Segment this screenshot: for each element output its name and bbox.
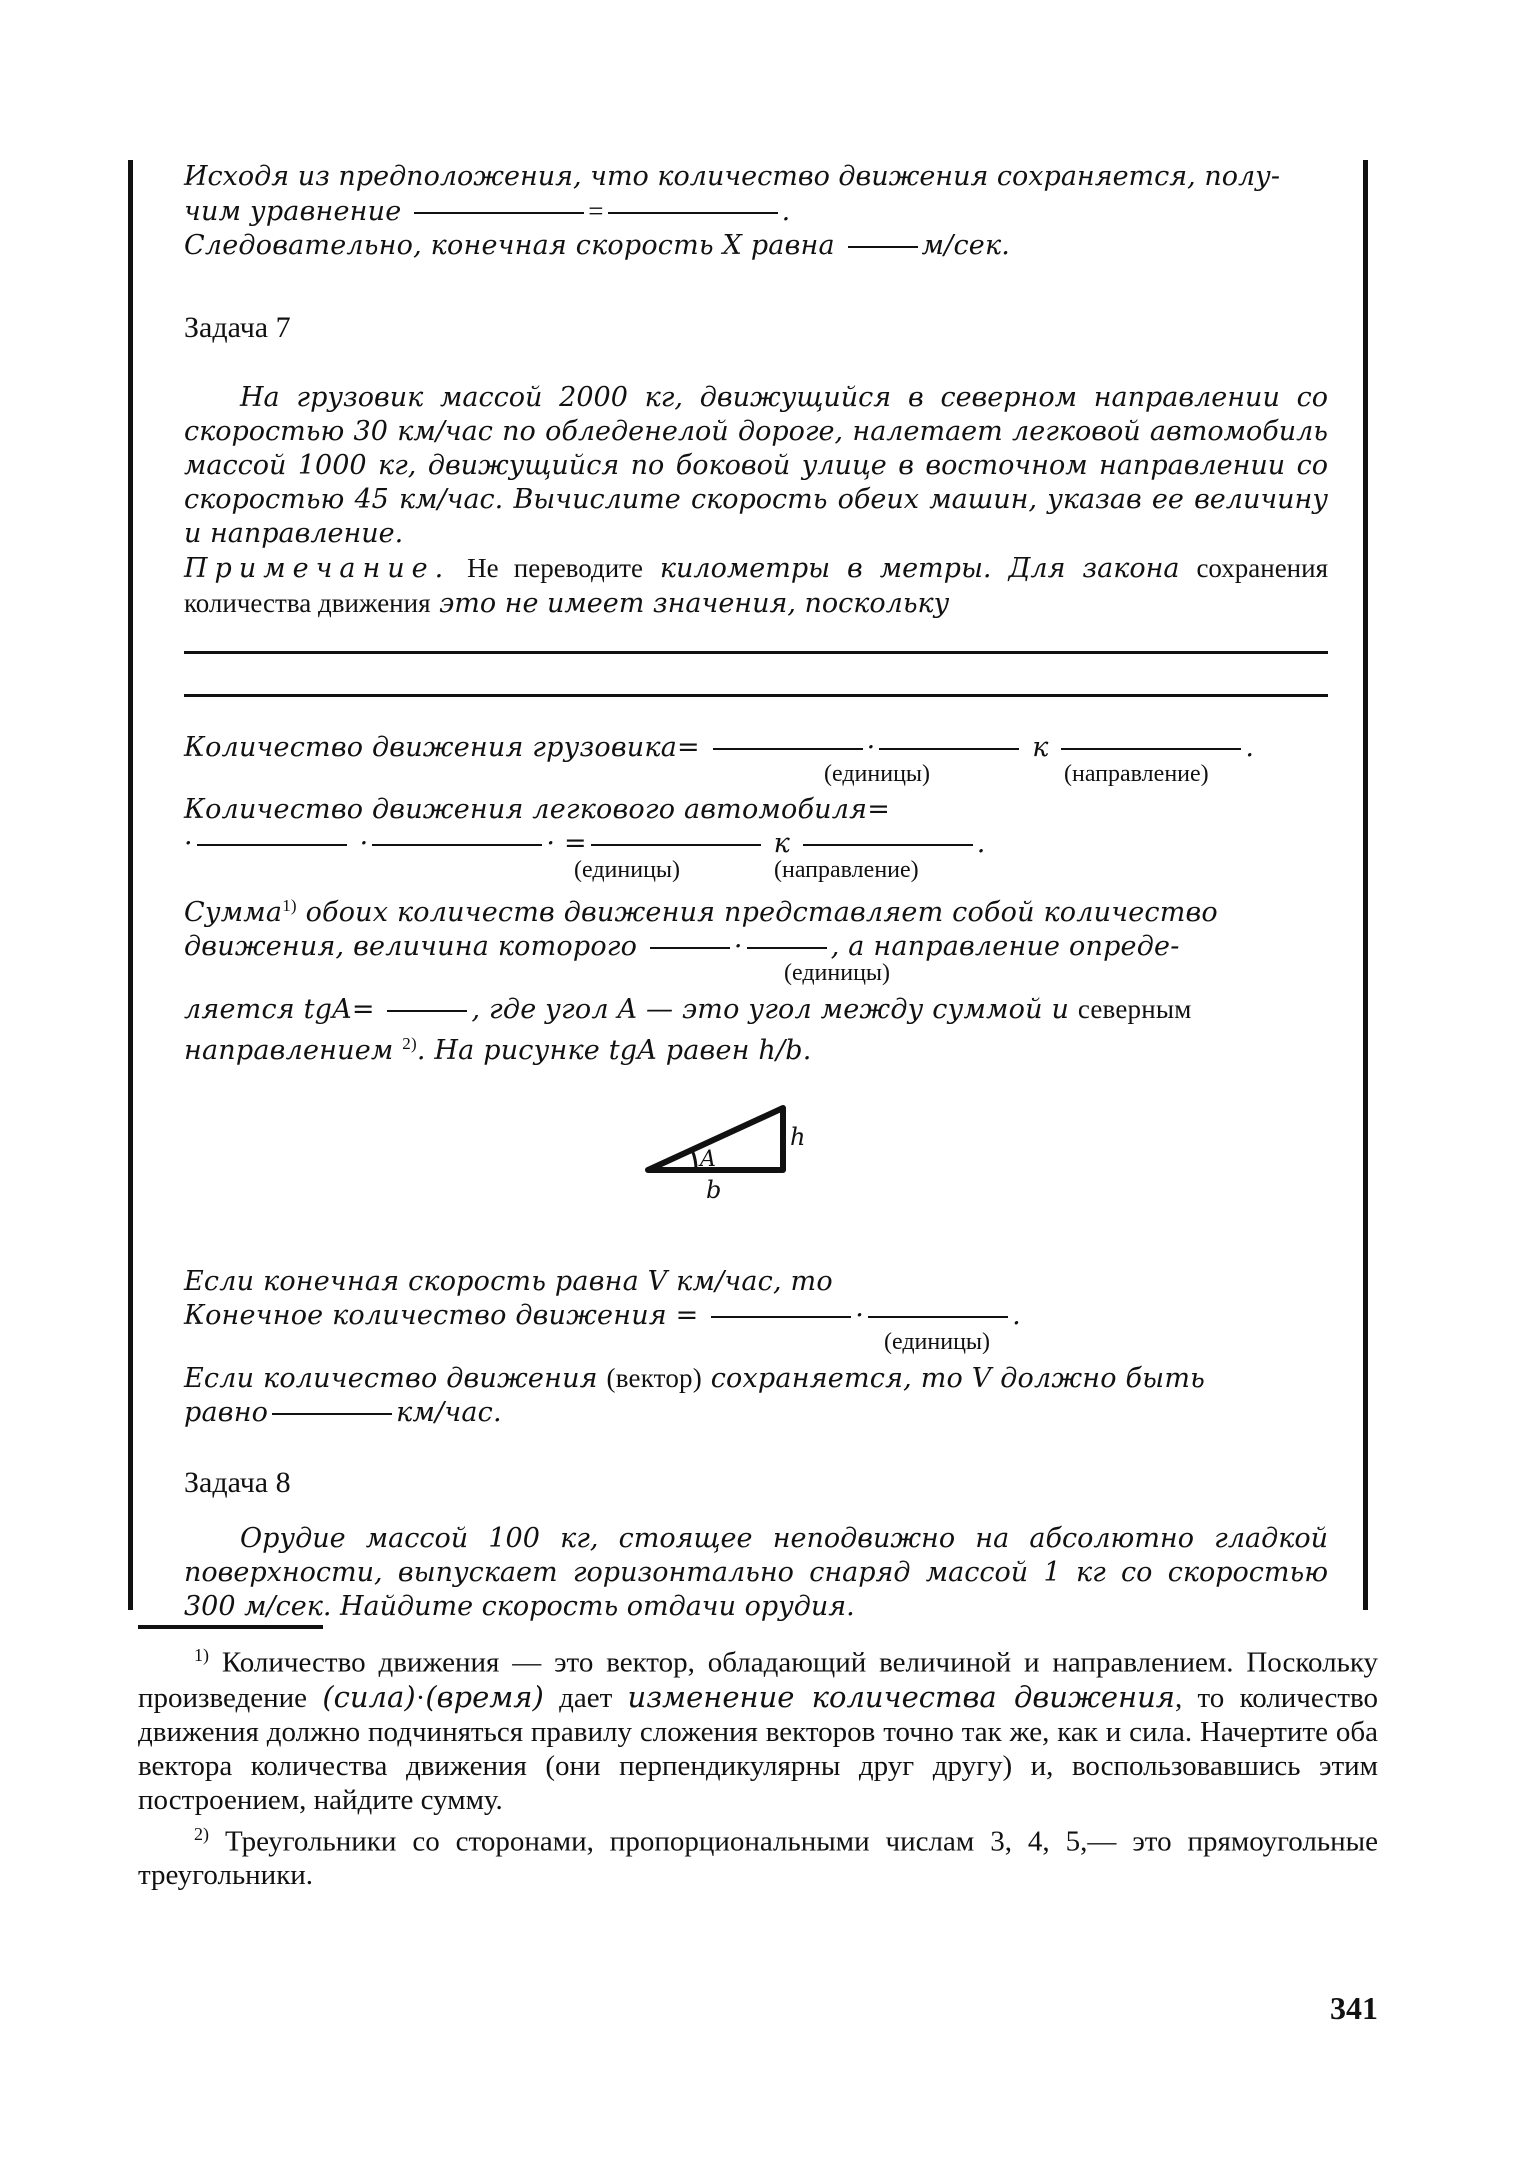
sum-magnitude-blank[interactable] <box>650 947 730 949</box>
task-8-heading: Задача 8 <box>184 1466 1328 1500</box>
task-8-text: Орудие массой 100 кг, стоящее неподвижно… <box>184 1522 1328 1624</box>
sum-line-2: движения, величина которого ·, а направл… <box>184 930 1328 964</box>
final-velocity-blank[interactable] <box>272 1413 392 1415</box>
footnote-1-text-b: дает <box>559 1682 612 1714</box>
direction-word: направлением <box>184 1035 393 1066</box>
note-text-italic-1: километры в метры. Для закона <box>660 553 1180 584</box>
units-label: (единицы) <box>784 960 890 987</box>
page-number: 341 <box>1330 1990 1378 2027</box>
footnotes: 1) Количество движения — это вектор, обл… <box>138 1638 1378 1892</box>
to-word: к <box>1032 732 1048 763</box>
car-momentum-line: Количество движения легкового автомобиля… <box>184 793 1328 827</box>
final-mass-blank[interactable] <box>711 1316 851 1318</box>
height-label: h <box>790 1123 805 1151</box>
note-text-italic-2: это не имеет значения, поскольку <box>439 588 949 619</box>
sum-labels: (единицы) <box>184 964 1328 992</box>
car-result-blank[interactable] <box>591 844 761 846</box>
task-7-text: На грузовик массой 2000 кг, движущийся в… <box>184 381 1328 551</box>
footnote-1-momentum-change: изменение количества движения <box>628 1680 1175 1714</box>
right-margin-rule <box>1363 160 1368 1610</box>
vector-word: (вектор) <box>607 1363 702 1393</box>
sum-text: обоих количеств движения представляет со… <box>306 897 1218 928</box>
car-speed-blank[interactable] <box>372 844 542 846</box>
car-momentum-values: · ·· = к . <box>184 827 1328 861</box>
intro-line-1: Исходя из предположения, что количество … <box>184 160 1328 194</box>
equation-blank-left[interactable] <box>414 212 584 214</box>
right-triangle-diagram: A h b <box>638 1090 818 1210</box>
sum-magnitude-label: движения, величина которого <box>184 931 637 962</box>
base-label: b <box>706 1176 721 1204</box>
intro-text: Исходя из предположения, что количество … <box>184 161 1280 192</box>
sum-word: Сумма <box>184 897 282 928</box>
equals-sign: = <box>588 196 603 226</box>
final-line-1: Если конечная скорость равна V км/час, т… <box>184 1265 1328 1299</box>
final-speed-unit: м/сек. <box>922 230 1011 261</box>
car-labels: (единицы) (направление) <box>184 861 1328 889</box>
conservation-text-a: Если количество движения <box>184 1363 598 1394</box>
truck-labels: (единицы) (направление) <box>184 765 1328 793</box>
note-label: Примечание. <box>184 553 450 584</box>
footnote-1-force: (сила) <box>322 1680 415 1714</box>
final-speed-blank[interactable] <box>848 246 918 248</box>
final-labels: (единицы) <box>184 1333 1328 1361</box>
angle-description: , где угол A — это угол между суммой и <box>471 994 1069 1025</box>
footnote-1-mark: 1) <box>194 1645 209 1665</box>
boxed-exercise-section: Исходя из предположения, что количество … <box>128 160 1368 1610</box>
truck-momentum-label: Количество движения грузовика= <box>184 732 700 763</box>
car-direction-blank[interactable] <box>803 844 973 846</box>
to-word: к <box>774 828 790 859</box>
tangent-blank[interactable] <box>387 1010 467 1012</box>
note-text-roman-1: Не переводите <box>467 553 643 583</box>
equation-label: чим уравнение <box>184 196 401 227</box>
units-label: (единицы) <box>884 1329 990 1356</box>
conservation-text-c: сохраняется, то V должно быть <box>711 1363 1205 1394</box>
sum-line-1: Сумма1) обоих количеств движения предста… <box>184 889 1328 930</box>
truck-direction-blank[interactable] <box>1061 748 1241 750</box>
footnote-2-text: Треугольники со сторонами, пропорциональ… <box>138 1825 1378 1891</box>
left-margin-rule <box>128 160 133 1610</box>
footnote-1-dot: · <box>416 1682 426 1714</box>
answer-line-1[interactable] <box>184 651 1328 654</box>
final-line-4: равнокм/час. <box>184 1396 1328 1430</box>
boxed-content-lower: Если конечная скорость равна V км/час, т… <box>184 1265 1328 1624</box>
truck-speed-blank[interactable] <box>879 748 1019 750</box>
truck-mass-blank[interactable] <box>713 748 863 750</box>
equation-blank-right[interactable] <box>608 212 778 214</box>
final-line-2: Конечное количество движения = ·. <box>184 1299 1328 1333</box>
footnote-2-mark: 2) <box>194 1824 209 1844</box>
angle-label: A <box>698 1147 716 1172</box>
footnote-1-time: (время) <box>425 1680 543 1714</box>
equals-word: равно <box>184 1397 268 1428</box>
truck-momentum-line: Количество движения грузовика= · к . <box>184 731 1328 765</box>
task-7-heading: Задача 7 <box>184 311 1328 345</box>
car-mass-blank[interactable] <box>197 844 347 846</box>
task-7-note: Примечание. Не переводите километры в ме… <box>184 551 1328 621</box>
footnote-ref-1[interactable]: 1) <box>282 896 297 915</box>
final-momentum-label: Конечное количество движения = <box>184 1300 698 1331</box>
equation-line: чим уравнение =. <box>184 194 1328 229</box>
book-page: Исходя из предположения, что количество … <box>0 0 1514 2160</box>
figure-reference: . На рисунке tgA равен h/b. <box>417 1035 812 1066</box>
sum-units-blank[interactable] <box>747 947 827 949</box>
sum-direction-text: , а направление опреде- <box>831 931 1180 962</box>
tangent-label: ляется tgA= <box>184 994 375 1025</box>
sum-line-4: направлением 2). На рисунке tgA равен h/… <box>184 1027 1328 1068</box>
footnote-2: 2) Треугольники со сторонами, пропорцион… <box>138 1817 1378 1893</box>
boxed-content: Исходя из предположения, что количество … <box>184 160 1328 1068</box>
footnote-separator <box>138 1625 323 1629</box>
answer-line-2[interactable] <box>184 694 1328 697</box>
units-label: (единицы) <box>824 761 930 788</box>
direction-label: (направление) <box>1064 761 1209 788</box>
footnote-1: 1) Количество движения — это вектор, обл… <box>138 1638 1378 1817</box>
final-speed-label: Следовательно, конечная скорость X равна <box>184 230 835 261</box>
car-momentum-label: Количество движения легкового автомобиля… <box>184 794 890 825</box>
final-line-3: Если количество движения (вектор) сохран… <box>184 1361 1328 1396</box>
final-speed-line: Следовательно, конечная скорость X равна… <box>184 229 1328 263</box>
north-word: северным <box>1078 994 1192 1024</box>
direction-label: (направление) <box>774 857 919 884</box>
footnote-ref-2[interactable]: 2) <box>402 1034 417 1053</box>
sum-line-3: ляется tgA= , где угол A — это угол межд… <box>184 992 1328 1027</box>
final-velocity-unit: км/час. <box>396 1397 502 1428</box>
final-speed-blank[interactable] <box>868 1316 1008 1318</box>
units-label: (единицы) <box>574 857 680 884</box>
